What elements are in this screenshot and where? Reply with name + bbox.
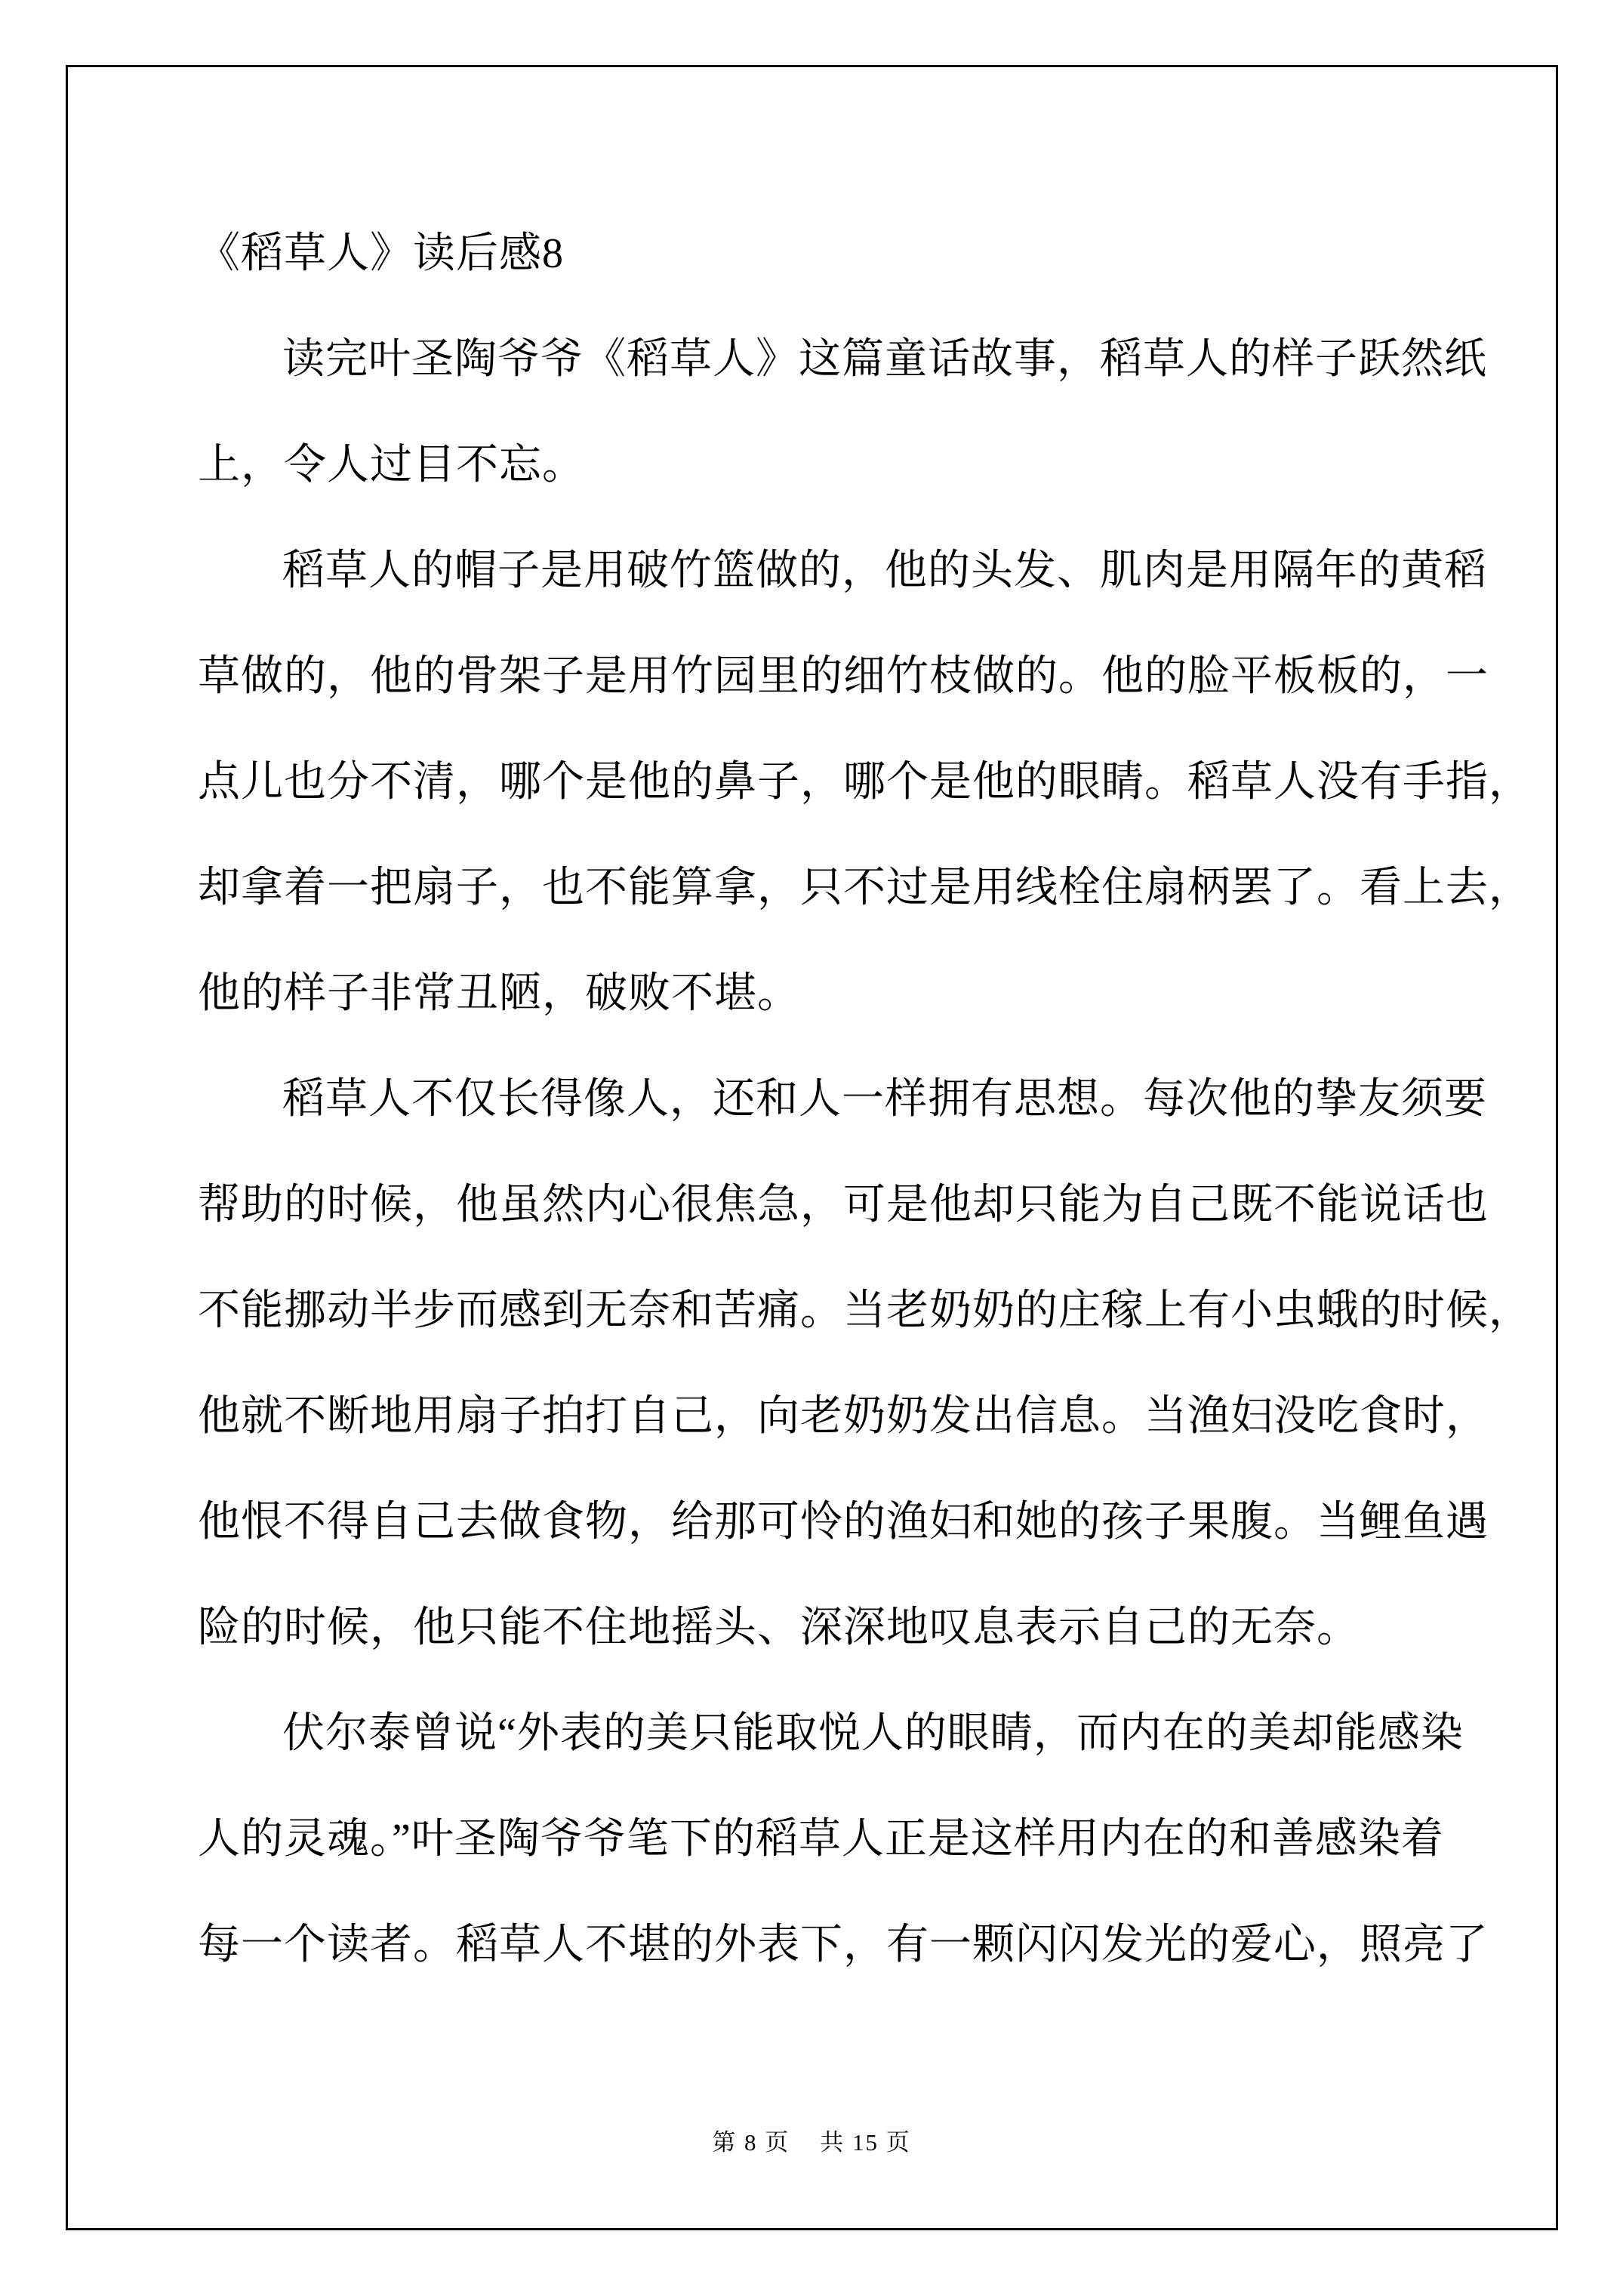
text-line: 险的时候，他只能不住地摇头、深深地叹息表示自己的无奈。 (0, 1575, 1623, 1681)
footer-current-page: 第 8 页 (712, 2129, 790, 2156)
text-line: 点儿也分不清，哪个是他的鼻子，哪个是他的眼睛。稻草人没有手指， (0, 729, 1623, 835)
text-line: 草做的，他的骨架子是用竹园里的细竹枝做的。他的脸平板板的，一 (0, 624, 1623, 729)
text-line: 他恨不得自己去做食物，给那可怜的渔妇和她的孩子果腹。当鲤鱼遇 (0, 1469, 1623, 1575)
text-line: 不能挪动半步而感到无奈和苦痛。当老奶奶的庄稼上有小虫蛾的时候， (0, 1258, 1623, 1364)
text-line: 帮助的时候，他虽然内心很焦急，可是他却只能为自己既不能说话也 (0, 1152, 1623, 1258)
page-footer: 第 8 页共 15 页 (66, 2123, 1557, 2157)
text-line: 稻草人的帽子是用破竹篮做的，他的头发、肌肉是用隔年的黄稻 (0, 518, 1623, 624)
text-line: 读完叶圣陶爷爷《稻草人》这篇童话故事，稻草人的样子跃然纸 (0, 307, 1623, 412)
text-line: 每一个读者。稻草人不堪的外表下，有一颗闪闪发光的爱心，照亮了 (0, 1892, 1623, 1998)
footer-total-pages: 共 15 页 (820, 2129, 911, 2156)
page-content: 《稻草人》读后感8 读完叶圣陶爷爷《稻草人》这篇童话故事，稻草人的样子跃然纸上，… (0, 201, 1623, 1998)
document-page: 《稻草人》读后感8 读完叶圣陶爷爷《稻草人》这篇童话故事，稻草人的样子跃然纸上，… (0, 0, 1623, 2296)
document-body: 读完叶圣陶爷爷《稻草人》这篇童话故事，稻草人的样子跃然纸上，令人过目不忘。稻草人… (0, 307, 1623, 1998)
text-line: 他就不断地用扇子拍打自己，向老奶奶发出信息。当渔妇没吃食时， (0, 1364, 1623, 1469)
text-line: 却拿着一把扇子，也不能算拿，只不过是用线栓住扇柄罢了。看上去， (0, 835, 1623, 941)
text-line: 稻草人不仅长得像人，还和人一样拥有思想。每次他的挚友须要 (0, 1046, 1623, 1152)
text-line: 上，令人过目不忘。 (0, 412, 1623, 518)
text-line: 伏尔泰曾说“外表的美只能取悦人的眼睛，而内在的美却能感染 (0, 1681, 1623, 1786)
text-line: 人的灵魂。”叶圣陶爷爷笔下的稻草人正是这样用内在的和善感染着 (0, 1786, 1623, 1892)
text-line: 他的样子非常丑陋，破败不堪。 (0, 941, 1623, 1046)
document-title: 《稻草人》读后感8 (0, 201, 1623, 307)
